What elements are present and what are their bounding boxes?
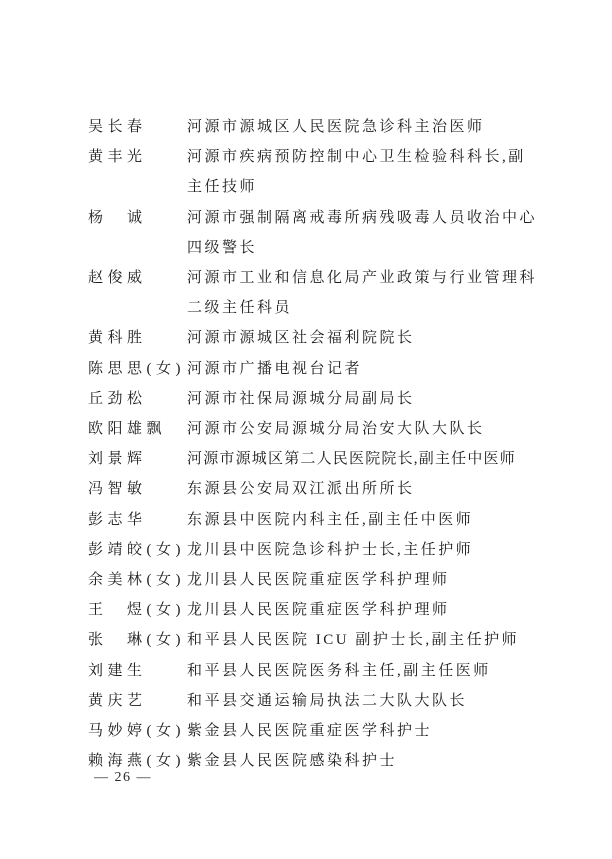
person-title: 河源市公安局源城分局治安大队大队长 (187, 414, 540, 444)
person-name: 马妙婷(女) (88, 716, 187, 746)
list-item: 王 煜(女) 龙川县人民医院重症医学科护理师 (88, 595, 540, 625)
person-name: 刘景辉 (88, 444, 187, 474)
person-title: 东源县中医院内科主任,副主任中医师 (187, 505, 540, 535)
person-name: 黄丰光 (88, 142, 187, 172)
person-title: 龙川县中医院急诊科护士长,主任护师 (187, 535, 540, 565)
person-name: 余美林(女) (88, 565, 187, 595)
person-name: 黄科胜 (88, 323, 187, 353)
person-name: 吴长春 (88, 112, 187, 142)
person-title: 东源县公安局双江派出所所长 (187, 474, 540, 504)
person-title: 和平县人民医院 ICU 副护士长,副主任护师 (187, 625, 540, 655)
person-title: 紫金县人民医院感染科护士 (187, 746, 540, 776)
person-name: 张 琳(女) (88, 625, 187, 655)
person-name: 王 煜(女) (88, 595, 187, 625)
list-item: 丘劲松 河源市社保局源城分局副局长 (88, 384, 540, 414)
list-item: 冯智敏 东源县公安局双江派出所所长 (88, 474, 540, 504)
person-title: 河源市源城区社会福利院院长 (187, 323, 540, 353)
person-title: 龙川县人民医院重症医学科护理师 (187, 595, 540, 625)
recognition-name-list: 吴长春 河源市源城区人民医院急诊科主治医师 黄丰光 河源市疾病预防控制中心卫生检… (88, 112, 540, 776)
person-title: 河源市源城区第二人民医院院长,副主任中医师 (187, 444, 540, 474)
person-title: 河源市源城区人民医院急诊科主治医师 (187, 112, 540, 142)
list-item: 赵俊威 河源市工业和信息化局产业政策与行业管理科二级主任科员 (88, 263, 540, 323)
person-title: 河源市社保局源城分局副局长 (187, 384, 540, 414)
list-item: 刘建生 和平县人民医院医务科主任,副主任医师 (88, 656, 540, 686)
list-item: 杨 诚 河源市强制隔离戒毒所病残吸毒人员收治中心四级警长 (88, 203, 540, 263)
list-item: 欧阳雄飘 河源市公安局源城分局治安大队大队长 (88, 414, 540, 444)
list-item: 吴长春 河源市源城区人民医院急诊科主治医师 (88, 112, 540, 142)
person-name: 彭靖皎(女) (88, 535, 187, 565)
person-name: 丘劲松 (88, 384, 187, 414)
list-item: 余美林(女) 龙川县人民医院重症医学科护理师 (88, 565, 540, 595)
person-name: 黄庆艺 (88, 686, 187, 716)
person-title: 河源市疾病预防控制中心卫生检验科科长,副主任技师 (187, 142, 540, 202)
person-name: 彭志华 (88, 505, 187, 535)
list-item: 彭靖皎(女) 龙川县中医院急诊科护士长,主任护师 (88, 535, 540, 565)
person-name: 刘建生 (88, 656, 187, 686)
person-title: 和平县交通运输局执法二大队大队长 (187, 686, 540, 716)
person-name: 赵俊威 (88, 263, 187, 293)
list-item: 陈思思(女) 河源市广播电视台记者 (88, 354, 540, 384)
person-title: 龙川县人民医院重症医学科护理师 (187, 565, 540, 595)
person-name: 杨 诚 (88, 203, 187, 233)
person-title: 河源市工业和信息化局产业政策与行业管理科二级主任科员 (187, 263, 540, 323)
page-number: — 26 — (94, 770, 152, 786)
list-item: 黄科胜 河源市源城区社会福利院院长 (88, 323, 540, 353)
person-title: 河源市广播电视台记者 (187, 354, 540, 384)
person-name: 陈思思(女) (88, 354, 187, 384)
list-item: 刘景辉 河源市源城区第二人民医院院长,副主任中医师 (88, 444, 540, 474)
document-page: 吴长春 河源市源城区人民医院急诊科主治医师 黄丰光 河源市疾病预防控制中心卫生检… (0, 0, 612, 859)
person-name: 欧阳雄飘 (88, 414, 187, 444)
list-item: 马妙婷(女) 紫金县人民医院重症医学科护士 (88, 716, 540, 746)
list-item: 黄丰光 河源市疾病预防控制中心卫生检验科科长,副主任技师 (88, 142, 540, 202)
list-item: 张 琳(女) 和平县人民医院 ICU 副护士长,副主任护师 (88, 625, 540, 655)
person-name: 冯智敏 (88, 474, 187, 504)
list-item: 彭志华 东源县中医院内科主任,副主任中医师 (88, 505, 540, 535)
person-title: 河源市强制隔离戒毒所病残吸毒人员收治中心四级警长 (187, 203, 540, 263)
list-item: 黄庆艺 和平县交通运输局执法二大队大队长 (88, 686, 540, 716)
person-title: 和平县人民医院医务科主任,副主任医师 (187, 656, 540, 686)
list-item: 赖海燕(女) 紫金县人民医院感染科护士 (88, 746, 540, 776)
person-title: 紫金县人民医院重症医学科护士 (187, 716, 540, 746)
